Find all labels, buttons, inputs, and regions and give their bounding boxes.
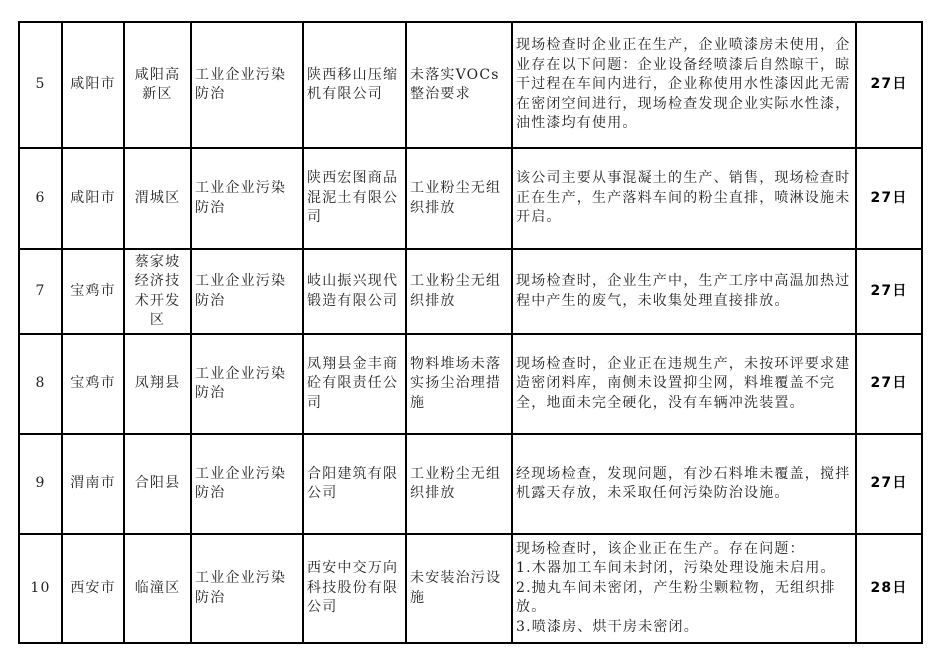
city-cell: 渭南市 [62,434,124,534]
detail-text: 2.抛丸车间未密闭，产生粉尘颗粒物，无组织排放。 [516,579,852,618]
detail-text: 现场检查时企业正在生产，企业喷漆房未使用，企业存在以下问题：企业设备经喷漆后自然… [516,36,852,134]
table-row: 8 宝鸡市 凤翔县 工业企业污染防治 凤翔县金丰商砼有限责任公司 物料堆场未落实… [19,334,922,434]
table-row: 7 宝鸡市 蔡家坡经济技术开发区 工业企业污染防治 岐山振兴现代锻造有限公司 工… [19,249,922,334]
date-cell: 27日 [856,249,922,334]
detail-cell: 现场检查时，企业生产中，生产工序中高温加热过程中产生的废气，未收集处理直接排放。 [512,249,856,334]
detail-text: 现场检查时，企业生产中，生产工序中高温加热过程中产生的废气，未收集处理直接排放。 [516,272,852,311]
issue-cell: 未安装治污设施 [406,534,512,643]
district-cell: 咸阳高新区 [124,22,191,148]
city-cell: 咸阳市 [62,148,124,249]
row-number: 8 [19,334,62,434]
district-cell: 临潼区 [124,534,191,643]
category-cell: 工业企业污染防治 [191,334,303,434]
category-cell: 工业企业污染防治 [191,148,303,249]
table-row: 6 咸阳市 渭城区 工业企业污染防治 陕西宏图商品混泥土有限公司 工业粉尘无组织… [19,148,922,249]
inspection-table: 5 咸阳市 咸阳高新区 工业企业污染防治 陕西移山压缩机有限公司 未落实VOCs… [18,21,923,644]
company-cell: 岐山振兴现代锻造有限公司 [303,249,406,334]
table-row: 5 咸阳市 咸阳高新区 工业企业污染防治 陕西移山压缩机有限公司 未落实VOCs… [19,22,922,148]
detail-cell: 现场检查时，企业正在违规生产，未按环评要求建造密闭料库，南侧未设置抑尘网，料堆覆… [512,334,856,434]
district-cell: 合阳县 [124,434,191,534]
district-cell: 蔡家坡经济技术开发区 [124,249,191,334]
detail-text: 该公司主要从事混凝土的生产、销售，现场检查时正在生产，生产落料车间的粉尘直排，喷… [516,169,852,228]
district-cell: 渭城区 [124,148,191,249]
detail-cell: 经现场检查，发现问题，有沙石料堆未覆盖，搅拌机露天存放，未采取任何污染防治设施。 [512,434,856,534]
date-cell: 27日 [856,22,922,148]
category-cell: 工业企业污染防治 [191,534,303,643]
row-number: 6 [19,148,62,249]
company-cell: 凤翔县金丰商砼有限责任公司 [303,334,406,434]
row-number: 7 [19,249,62,334]
category-cell: 工业企业污染防治 [191,249,303,334]
issue-cell: 物料堆场未落实扬尘治理措施 [406,334,512,434]
district-cell: 凤翔县 [124,334,191,434]
date-cell: 27日 [856,434,922,534]
category-cell: 工业企业污染防治 [191,434,303,534]
issue-cell: 工业粉尘无组织排放 [406,249,512,334]
detail-text: 现场检查时，该企业正在生产。存在问题： [516,540,852,560]
company-cell: 西安中交万向科技股份有限公司 [303,534,406,643]
city-cell: 宝鸡市 [62,334,124,434]
date-cell: 27日 [856,334,922,434]
detail-text: 现场检查时，企业正在违规生产，未按环评要求建造密闭料库，南侧未设置抑尘网，料堆覆… [516,355,852,414]
detail-cell: 现场检查时企业正在生产，企业喷漆房未使用，企业存在以下问题：企业设备经喷漆后自然… [512,22,856,148]
issue-cell: 未落实VOCs整治要求 [406,22,512,148]
detail-text: 1.木器加工车间未封闭，污染处理设施未启用。 [516,559,852,579]
company-cell: 陕西移山压缩机有限公司 [303,22,406,148]
row-number: 5 [19,22,62,148]
city-cell: 咸阳市 [62,22,124,148]
city-cell: 西安市 [62,534,124,643]
issue-cell: 工业粉尘无组织排放 [406,434,512,534]
detail-text: 3.喷漆房、烘干房未密闭。 [516,618,852,638]
date-cell: 27日 [856,148,922,249]
detail-text: 经现场检查，发现问题，有沙石料堆未覆盖，搅拌机露天存放，未采取任何污染防治设施。 [516,465,852,504]
table-row: 9 渭南市 合阳县 工业企业污染防治 合阳建筑有限公司 工业粉尘无组织排放 经现… [19,434,922,534]
company-cell: 陕西宏图商品混泥土有限公司 [303,148,406,249]
row-number: 10 [19,534,62,643]
city-cell: 宝鸡市 [62,249,124,334]
table-row: 10 西安市 临潼区 工业企业污染防治 西安中交万向科技股份有限公司 未安装治污… [19,534,922,643]
detail-cell: 该公司主要从事混凝土的生产、销售，现场检查时正在生产，生产落料车间的粉尘直排，喷… [512,148,856,249]
detail-cell: 现场检查时，该企业正在生产。存在问题： 1.木器加工车间未封闭，污染处理设施未启… [512,534,856,643]
row-number: 9 [19,434,62,534]
company-cell: 合阳建筑有限公司 [303,434,406,534]
issue-cell: 工业粉尘无组织排放 [406,148,512,249]
category-cell: 工业企业污染防治 [191,22,303,148]
date-cell: 28日 [856,534,922,643]
